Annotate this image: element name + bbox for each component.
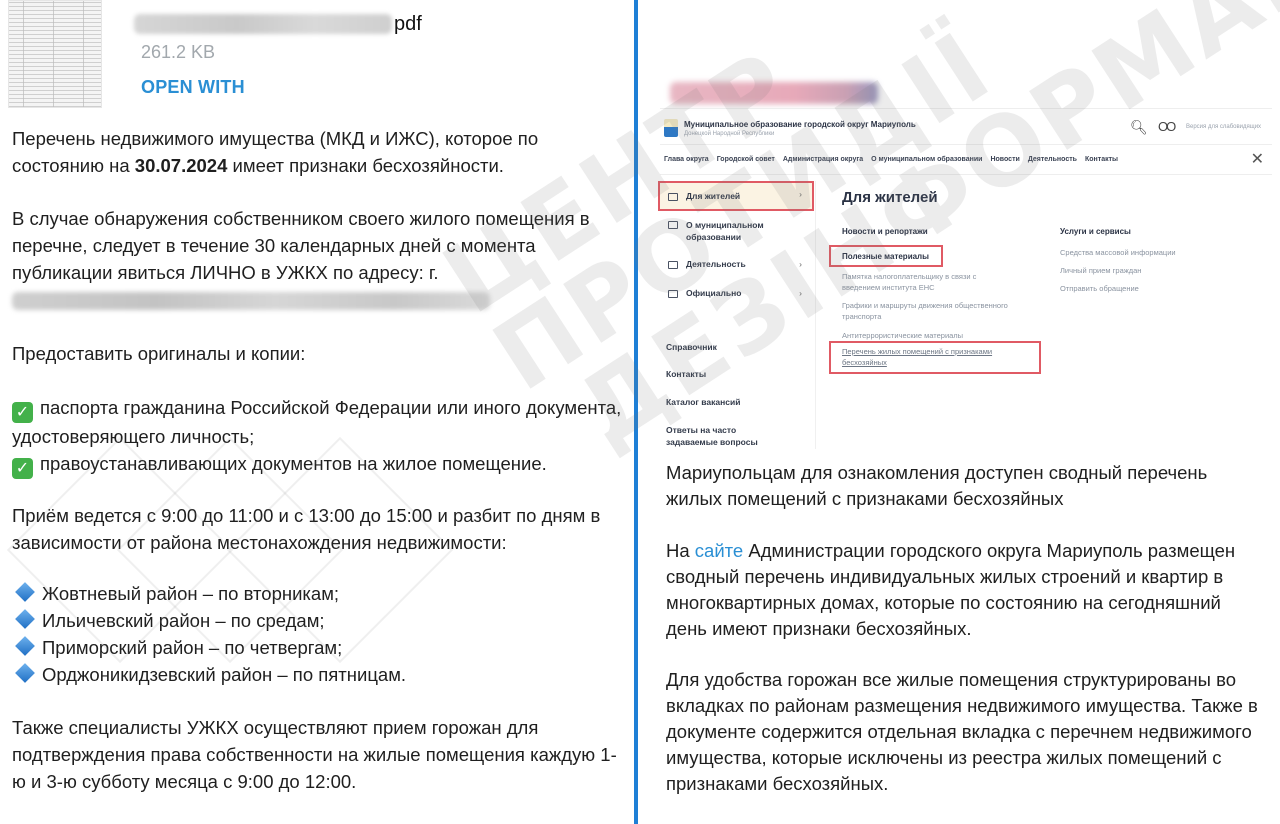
website-screenshot: Муниципальное образование городской окру…	[660, 108, 1272, 448]
sidebar-item-label: Для жителей	[686, 191, 740, 201]
glasses-icon[interactable]: OO	[1158, 119, 1174, 134]
accessibility-version-link[interactable]: Версия для слабовидящих	[1186, 124, 1261, 130]
site-text-start: На	[666, 540, 695, 561]
message-paragraph-intro: Перечень недвижимого имущества (МКД и ИЖ…	[12, 125, 622, 179]
intro-text-end: имеет признаки бесхозяйности.	[227, 155, 504, 176]
intro-date: 30.07.2024	[135, 155, 228, 176]
sidebar-item-label: Деятельность	[686, 259, 746, 269]
site-link[interactable]: сайте	[695, 540, 743, 561]
instructions-text: В случае обнаружения собственником своег…	[12, 208, 590, 283]
site-text-end: Администрации городского округа Мариупол…	[666, 540, 1235, 639]
right-message-panel: Муниципальное образование городской окру…	[638, 0, 1280, 824]
district-item: Ильичевский район – по средам;	[12, 607, 622, 634]
sidebar-link-vacancies[interactable]: Каталог вакансий	[666, 396, 740, 408]
district-text: Приморский район – по четвергам;	[42, 637, 342, 658]
sidebar-item-label: О муниципальном образовании	[686, 219, 786, 243]
search-icon[interactable]: 🔍︎	[1130, 119, 1148, 136]
sidebar-item-residents[interactable]: Для жителей ›	[660, 183, 812, 209]
city-emblem-logo[interactable]	[664, 119, 678, 137]
message-paragraph-documents-heading: Предоставить оригиналы и копии:	[12, 340, 622, 367]
message-paragraph-instructions: В случае обнаружения собственником своег…	[12, 205, 622, 310]
sidebar-item-official[interactable]: Официально ›	[660, 288, 812, 298]
document-item-text: правоустанавливающих документов на жилое…	[40, 453, 547, 474]
send-appeal-link[interactable]: Отправить обращение	[1060, 284, 1139, 295]
address-redacted	[12, 292, 490, 310]
nav-administration[interactable]: Администрация округа	[783, 156, 863, 163]
section-title: Для жителей	[842, 189, 938, 206]
blue-diamond-icon	[15, 663, 35, 683]
sidebar-item-label: Официально	[686, 288, 741, 298]
nav-city-council[interactable]: Городской совет	[717, 156, 775, 163]
check-mark-icon: ✓	[12, 458, 33, 479]
site-name[interactable]: Муниципальное образование городской окру…	[684, 120, 916, 129]
folder-icon	[668, 261, 678, 269]
document-item: ✓правоустанавливающих документов на жило…	[12, 450, 622, 479]
memo-taxpayer-link[interactable]: Памятка налогоплательщику в связи с введ…	[842, 272, 1012, 293]
message-paragraph-schedule: Приём ведется с 9:00 до 11:00 и с 13:00 …	[12, 502, 622, 556]
sidebar-link-faq[interactable]: Ответы на часто задаваемые вопросы	[666, 424, 766, 448]
district-text: Орджоникидзевский район – по пятницам.	[42, 664, 406, 685]
sidebar-link-contacts[interactable]: Контакты	[666, 368, 706, 380]
file-attachment[interactable]: pdf 261.2 KB OPEN WITH	[8, 0, 628, 110]
folder-icon	[668, 193, 678, 201]
site-subtitle: Донецкой Народной Республики	[684, 131, 774, 137]
transport-schedule-link[interactable]: Графики и маршруты движения общественног…	[842, 301, 1012, 322]
news-reports-link[interactable]: Новости и репортажи	[842, 227, 928, 236]
district-text: Ильичевский район – по средам;	[42, 610, 325, 631]
nav-activity[interactable]: Деятельность	[1028, 156, 1077, 163]
pdf-thumbnail[interactable]	[8, 0, 102, 108]
nav-contacts[interactable]: Контакты	[1085, 156, 1118, 163]
message-paragraph-saturday: Также специалисты УЖКХ осуществляют прие…	[12, 714, 622, 795]
blue-diamond-icon	[15, 582, 35, 602]
blue-diamond-icon	[15, 609, 35, 629]
sidebar-item-about[interactable]: О муниципальном образовании	[660, 219, 812, 243]
right-paragraph-site: На сайте Администрации городского округа…	[666, 538, 1266, 642]
districts-list: Жовтневый район – по вторникам; Ильичевс…	[12, 580, 622, 688]
right-paragraph-summary: Мариупольцам для ознакомления доступен с…	[666, 460, 1266, 512]
nav-about-municipality[interactable]: О муниципальном образовании	[871, 156, 982, 163]
chevron-right-icon: ›	[799, 259, 802, 269]
channel-title-redacted	[670, 82, 878, 104]
site-sidebar: Для жителей › О муниципальном образовани…	[660, 181, 816, 449]
antiterror-materials-link[interactable]: Антитеррористические материалы	[842, 331, 1032, 342]
file-name: pdf	[134, 10, 422, 38]
right-paragraph-structure: Для удобства горожан все жилые помещения…	[666, 667, 1266, 797]
folder-icon	[668, 290, 678, 298]
site-header: Муниципальное образование городской окру…	[660, 109, 1272, 145]
blue-diamond-icon	[15, 636, 35, 656]
personal-reception-link[interactable]: Личный прием граждан	[1060, 266, 1141, 277]
highlight-box-useful-materials	[829, 245, 943, 267]
documents-list: ✓паспорта гражданина Российской Федераци…	[12, 394, 622, 479]
sidebar-link-directory[interactable]: Справочник	[666, 341, 717, 353]
document-item-text: паспорта гражданина Российской Федерации…	[12, 397, 621, 447]
district-item: Жовтневый район – по вторникам;	[12, 580, 622, 607]
nav-head-of-district[interactable]: Глава округа	[664, 156, 709, 163]
chevron-right-icon: ›	[799, 288, 802, 298]
district-item: Приморский район – по четвергам;	[12, 634, 622, 661]
sidebar-item-activity[interactable]: Деятельность ›	[660, 259, 812, 269]
left-message-panel: pdf 261.2 KB OPEN WITH Перечень недвижим…	[0, 0, 634, 824]
close-icon[interactable]: ✕	[1251, 149, 1264, 169]
check-mark-icon: ✓	[12, 402, 33, 423]
services-heading: Услуги и сервисы	[1060, 227, 1131, 236]
mass-media-link[interactable]: Средства массовой информации	[1060, 248, 1176, 259]
folder-icon	[668, 221, 678, 229]
district-text: Жовтневый район – по вторникам;	[42, 583, 339, 604]
site-top-nav: Глава округа Городской совет Администрац…	[660, 145, 1272, 175]
file-extension: pdf	[394, 13, 422, 36]
file-size: 261.2 KB	[141, 42, 215, 63]
district-item: Орджоникидзевский район – по пятницам.	[12, 661, 622, 688]
highlight-box-ownerless-list	[829, 341, 1041, 374]
file-name-redacted	[134, 14, 392, 34]
nav-news[interactable]: Новости	[990, 156, 1019, 163]
open-with-button[interactable]: OPEN WITH	[141, 77, 245, 98]
chevron-right-icon: ›	[799, 189, 802, 199]
document-item: ✓паспорта гражданина Российской Федераци…	[12, 394, 622, 450]
